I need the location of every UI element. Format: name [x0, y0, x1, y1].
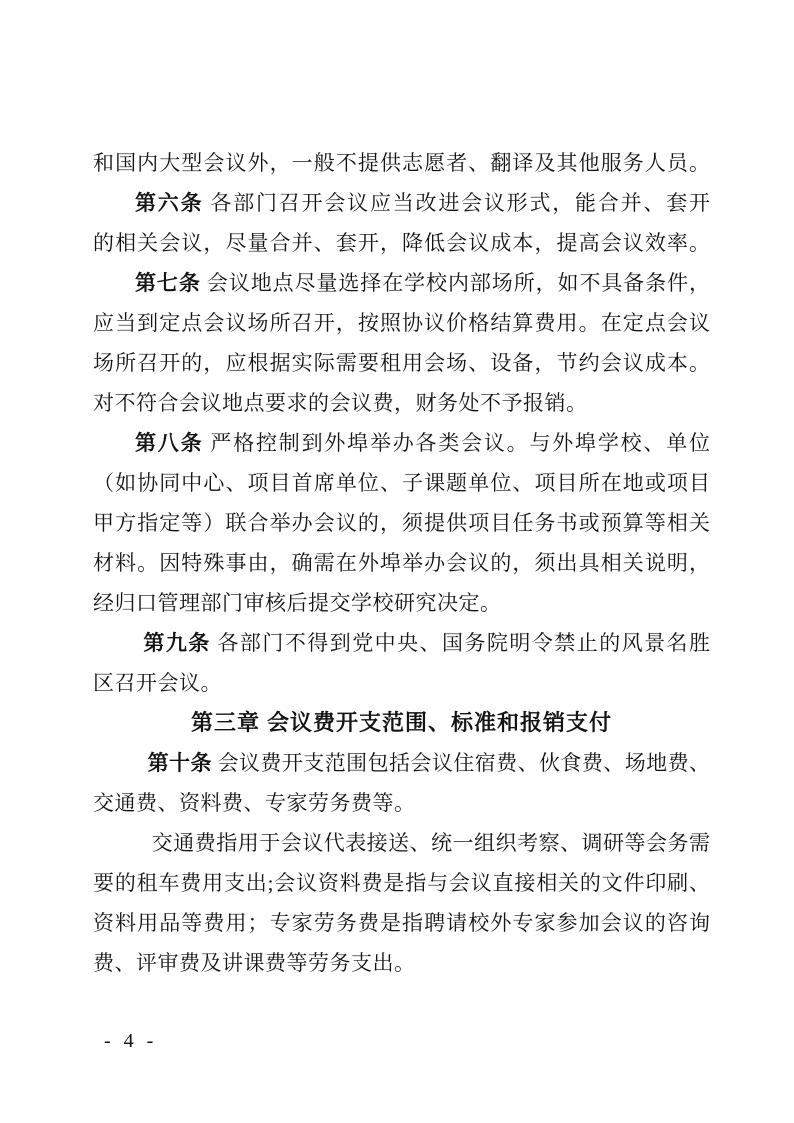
text-line: 甲方指定等）联合举办会议的，须提供项目任务书或预算等相关: [93, 503, 710, 543]
text-run: 第三章 会议费开支范围、标准和报销支付: [191, 710, 612, 735]
text-line: 交通费指用于会议代表接送、统一组织考察、调研等会务需: [93, 823, 710, 863]
article-number: 第七条: [135, 271, 201, 295]
text-line: 第十条 会议费开支范围包括会议住宿费、伙食费、场地费、: [93, 743, 710, 783]
text-run: 要的租车费用支出;会议资料费是指与会议直接相关的文件印刷、: [93, 871, 710, 895]
document-body: 和国内大型会议外，一般不提供志愿者、翻译及其他服务人员。第六条 各部门召开会议应…: [93, 143, 710, 983]
text-run: 甲方指定等）联合举办会议的，须提供项目任务书或预算等相关: [93, 511, 710, 535]
text-run: 会议地点尽量选择在学校内部场所，如不具备条件，: [201, 271, 710, 295]
text-line: （如协同中心、项目首席单位、子课题单位、项目所在地或项目: [93, 463, 710, 503]
text-run: 场所召开的，应根据实际需要租用会场、设备，节约会议成本。: [93, 351, 710, 375]
text-run: 费、评审费及讲课费等劳务支出。: [93, 951, 416, 975]
text-line: 场所召开的，应根据实际需要租用会场、设备，节约会议成本。: [93, 343, 710, 383]
text-line: 对不符合会议地点要求的会议费，财务处不予报销。: [93, 383, 710, 423]
text-line: 区召开会议。: [93, 663, 710, 703]
text-line: 材料。因特殊事由，确需在外埠举办会议的，须出具相关说明，: [93, 543, 710, 583]
text-run: 各部门召开会议应当改进会议形式，能合并、套开: [203, 191, 710, 215]
text-line: 第八条 严格控制到外埠举办各类会议。与外埠学校、单位: [93, 423, 710, 463]
text-line: 的相关会议，尽量合并、套开，降低会议成本，提高会议效率。: [93, 223, 710, 263]
text-run: 的相关会议，尽量合并、套开，降低会议成本，提高会议效率。: [93, 231, 710, 255]
text-line: 资料用品等费用；专家劳务费是指聘请校外专家参加会议的咨询: [93, 903, 710, 943]
chapter-heading: 第三章 会议费开支范围、标准和报销支付: [93, 703, 710, 743]
text-line: 第六条 各部门召开会议应当改进会议形式，能合并、套开: [93, 183, 710, 223]
text-run: 区召开会议。: [93, 671, 222, 695]
article-number: 第八条: [135, 431, 203, 455]
text-line: 要的租车费用支出;会议资料费是指与会议直接相关的文件印刷、: [93, 863, 710, 903]
text-run: 各部门不得到党中央、国务院明令禁止的风景名胜: [211, 631, 710, 655]
text-run: 应当到定点会议场所召开，按照协议价格结算费用。在定点会议: [93, 311, 710, 335]
article-number: 第九条: [143, 631, 210, 655]
document-page: 和国内大型会议外，一般不提供志愿者、翻译及其他服务人员。第六条 各部门召开会议应…: [0, 0, 794, 1123]
page-number: - 4 -: [104, 1030, 157, 1053]
text-line: 应当到定点会议场所召开，按照协议价格结算费用。在定点会议: [93, 303, 710, 343]
text-run: 交通费、资料费、专家劳务费等。: [93, 791, 416, 815]
text-run: 经归口管理部门审核后提交学校研究决定。: [93, 591, 502, 615]
article-number: 第十条: [148, 751, 212, 775]
text-run: 材料。因特殊事由，确需在外埠举办会议的，须出具相关说明，: [93, 551, 710, 575]
text-line: 费、评审费及讲课费等劳务支出。: [93, 943, 710, 983]
text-run: （如协同中心、项目首席单位、子课题单位、项目所在地或项目: [93, 471, 710, 495]
text-line: 经归口管理部门审核后提交学校研究决定。: [93, 583, 710, 623]
text-run: 交通费指用于会议代表接送、统一组织考察、调研等会务需: [152, 831, 710, 855]
text-line: 交通费、资料费、专家劳务费等。: [93, 783, 710, 823]
text-run: 和国内大型会议外，一般不提供志愿者、翻译及其他服务人员。: [93, 151, 710, 175]
text-run: 资料用品等费用；专家劳务费是指聘请校外专家参加会议的咨询: [93, 911, 710, 935]
text-run: 严格控制到外埠举办各类会议。与外埠学校、单位: [203, 431, 710, 455]
text-run: 会议费开支范围包括会议住宿费、伙食费、场地费、: [212, 751, 710, 775]
article-number: 第六条: [135, 191, 203, 215]
text-line: 第九条 各部门不得到党中央、国务院明令禁止的风景名胜: [93, 623, 710, 663]
text-line: 和国内大型会议外，一般不提供志愿者、翻译及其他服务人员。: [93, 143, 710, 183]
text-line: 第七条 会议地点尽量选择在学校内部场所，如不具备条件，: [93, 263, 710, 303]
text-run: 对不符合会议地点要求的会议费，财务处不予报销。: [93, 391, 588, 415]
